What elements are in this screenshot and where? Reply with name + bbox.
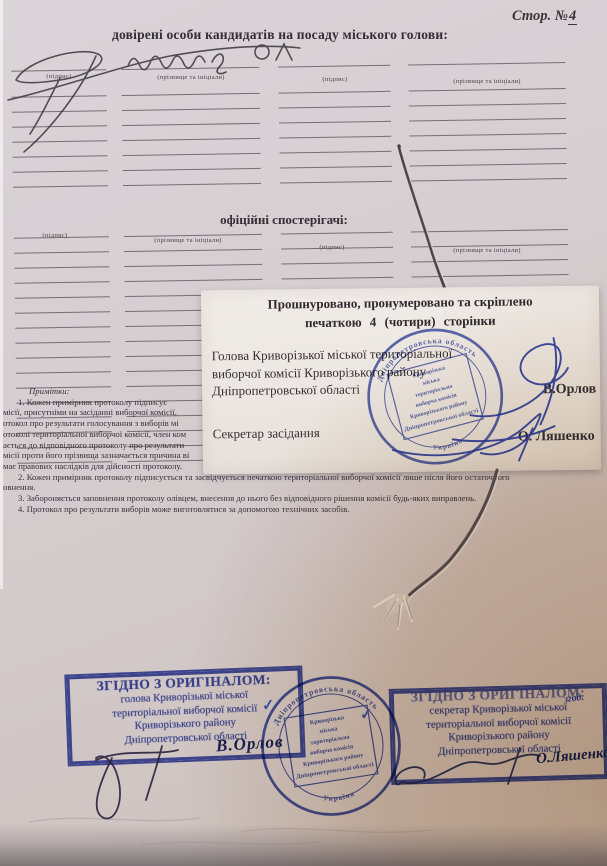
ruled-line [279, 106, 391, 109]
ruled-line [411, 229, 568, 233]
head-name: В.Орлов [543, 382, 596, 399]
ruled-line [411, 259, 568, 263]
ruled-line [412, 274, 569, 278]
ruled-line [409, 103, 566, 107]
ruled-line [281, 262, 393, 265]
ruled-line [14, 251, 109, 254]
lacing-text-line2: печаткою 4 (чотири) сторінки [201, 312, 599, 333]
col-header-signature: (підпис) [319, 244, 344, 251]
svg-text:міська: міська [319, 726, 338, 735]
svg-text:територіальна: територіальна [310, 734, 350, 746]
ruled-line [16, 356, 111, 359]
ruled-line [13, 170, 108, 173]
svg-text:Україна: Україна [431, 436, 465, 454]
ruled-line [410, 163, 567, 167]
svg-text:Дніпропетровської області: Дніпропетровської області [404, 407, 480, 433]
svg-text:Криворізька: Криворізька [310, 715, 345, 726]
ruled-line [122, 108, 260, 111]
ruled-line [279, 136, 391, 139]
ruled-line [280, 151, 392, 154]
ruled-line [280, 166, 392, 169]
checkmark-icon: ✓ [261, 695, 275, 715]
pencil-scribbles [0, 805, 500, 860]
secretary-role: Секретар засідання [213, 425, 320, 442]
ruled-line [11, 69, 106, 72]
ruled-line [13, 185, 108, 188]
ruled-line [279, 121, 391, 124]
note-line: 3. Забороняється заповнення протоколу ол… [18, 493, 603, 504]
col-header-signature: (підпис) [46, 73, 71, 80]
lacing-label: Прошнуровано, пронумеровано та скріплено… [201, 286, 601, 475]
ruled-line [123, 153, 261, 156]
ruled-line [409, 133, 566, 137]
ruled-line [409, 88, 566, 92]
observers-title: офіційні спостерігачі: [164, 212, 404, 228]
svg-text:Дніпропетровської області: Дніпропетровської області [296, 761, 375, 780]
col-header-signature: (підпис) [42, 232, 67, 239]
col-header-name: (прізвище та ініціали) [453, 78, 521, 85]
ruled-line [15, 281, 110, 284]
lacing-text-line1: Прошнуровано, пронумеровано та скріплено [201, 293, 599, 314]
col-header-name: (прізвище та ініціали) [157, 74, 225, 81]
photo-bottom-shadow [0, 824, 607, 866]
note-line: 4. Протокол про результати виборів може … [18, 504, 603, 515]
note-line: овнення. [3, 482, 603, 493]
ruled-line [15, 341, 110, 344]
ruled-line [13, 155, 108, 158]
ruled-line [123, 183, 261, 186]
ruled-line [282, 277, 394, 280]
scanned-document-page: Стор. №4 довірені особи кандидатів на по… [0, 0, 607, 866]
ruled-line [410, 178, 567, 182]
page-number-value: 4 [568, 8, 577, 25]
head-role: Голова Криворізької міської територіальн… [212, 344, 453, 399]
svg-text:Криворізького району: Криворізького району [303, 752, 364, 768]
ruled-line [15, 326, 110, 329]
ruled-line [278, 65, 390, 68]
ruled-line [122, 93, 260, 96]
trusted-persons-title: довірені особи кандидатів на посаду місь… [0, 27, 560, 43]
ruled-line [15, 311, 110, 314]
ruled-line [121, 67, 259, 70]
ruled-line [12, 95, 107, 98]
ruled-line [409, 118, 566, 122]
ruled-line [123, 168, 261, 171]
ruled-line [14, 266, 109, 269]
ruled-line [122, 138, 260, 141]
col-header-name: (прізвище та ініціали) [453, 247, 521, 254]
ruled-line [124, 249, 262, 252]
ruled-line [12, 110, 107, 113]
ruled-line [125, 279, 263, 282]
ruled-line [122, 123, 260, 126]
page-number: Стор. №4 [512, 8, 577, 25]
ruled-line [280, 181, 392, 184]
svg-text:Криворізького району: Криворізького району [409, 399, 468, 421]
checkmark-icon: ✓ [359, 704, 373, 724]
ruled-line [408, 62, 565, 66]
ruled-line [12, 140, 107, 143]
ruled-line [124, 264, 262, 267]
col-header-name: (прізвище та ініціали) [154, 237, 222, 244]
ruled-line [279, 91, 391, 94]
ruled-line [16, 371, 111, 374]
svg-text:виборча комісія: виборча комісія [310, 743, 355, 757]
ruled-line [281, 232, 393, 235]
ruled-line [12, 125, 107, 128]
ruled-line [410, 148, 567, 152]
col-header-signature: (підпис) [322, 76, 347, 83]
ruled-line [15, 296, 110, 299]
note-line: 2. Кожен примірник протоколу підписуєтьс… [18, 472, 603, 483]
secretary-name: О. Ляшенко [518, 429, 595, 446]
svg-text:Україна: Україна [322, 788, 357, 804]
